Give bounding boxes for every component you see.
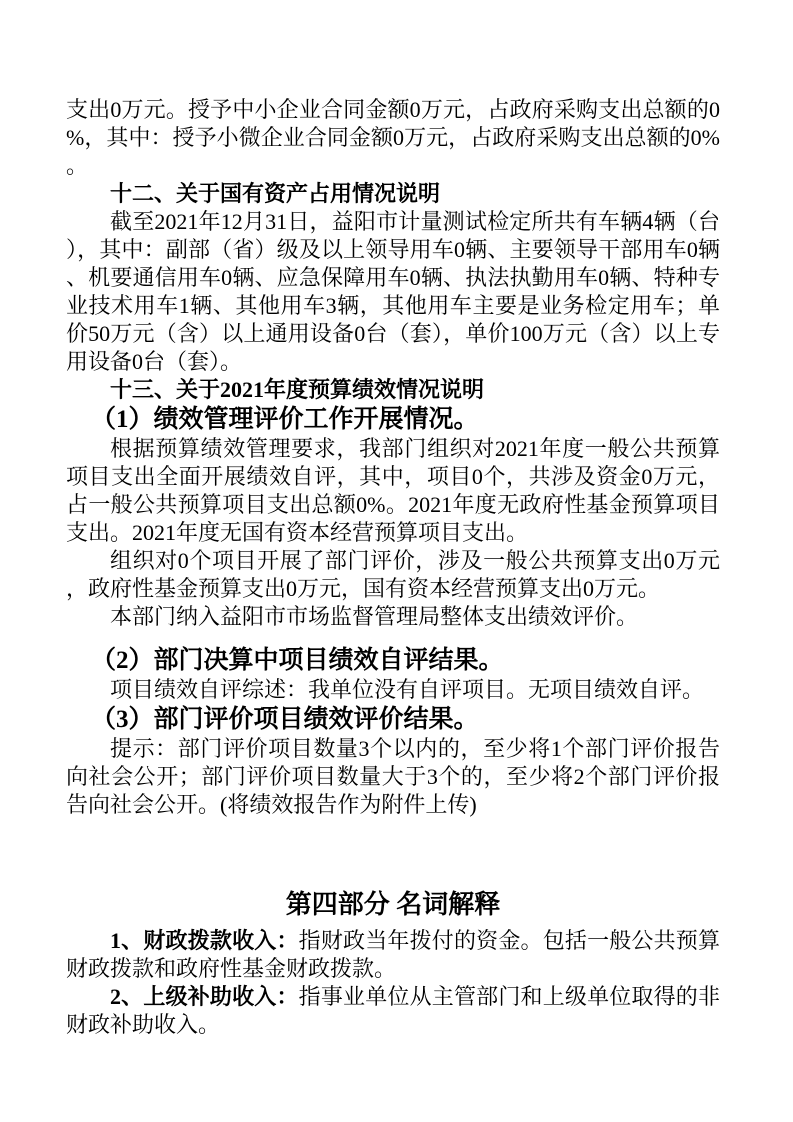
- subheading-2: （2）部门决算中项目绩效自评结果。: [66, 645, 720, 676]
- bold-text-run: （2）部门决算中项目绩效自评结果。: [91, 647, 504, 674]
- para-performance-self-eval: 根据预算绩效管理要求，我部门组织对2021年度一般公共预算项目支出全面开展绩效自…: [66, 435, 720, 547]
- para-self-eval-summary: 项目绩效自评综述：我单位没有自评项目。无项目绩效自评。: [66, 676, 720, 704]
- bold-text-run: （3）部门评价项目绩效评价结果。: [91, 706, 479, 733]
- text-run: 本部门纳入益阳市市场监督管理局整体支出绩效评价。: [110, 604, 638, 629]
- text-run: 根据预算绩效管理要求，我部门组织对2021年度一般公共预算项目支出全面开展绩效自…: [66, 436, 720, 545]
- bold-text-run: （1）绩效管理评价工作开展情况。: [91, 406, 479, 433]
- heading-section-13: 十三、关于2021年度预算绩效情况说明: [66, 376, 720, 404]
- text-run: 项目绩效自评综述：我单位没有自评项目。无项目绩效自评。: [110, 677, 704, 702]
- text-run: 提示：部门评价项目数量3个以内的，至少将1个部门评价报告向社会公开；部门评价项目…: [66, 736, 720, 817]
- document-body: 支出0万元。授予中小企业合同金额0万元，占政府采购支出总额的0%，其中：授予小微…: [0, 0, 793, 1039]
- para-tip-disclosure: 提示：部门评价项目数量3个以内的，至少将1个部门评价报告向社会公开；部门评价项目…: [66, 735, 720, 819]
- bold-text-run: 第四部分 名词解释: [286, 890, 501, 919]
- bold-text-run: 十二、关于国有资产占用情况说明: [110, 181, 440, 206]
- subheading-1: （1）绩效管理评价工作开展情况。: [66, 404, 720, 435]
- term-1-fiscal-appropriation: 1、财政拨款收入：指财政当年拨付的资金。包括一般公共预算财政拨款和政府性基金财政…: [66, 927, 720, 983]
- document-page: 支出0万元。授予中小企业合同金额0万元，占政府采购支出总额的0%，其中：授予小微…: [0, 0, 793, 1122]
- subheading-3: （3）部门评价项目绩效评价结果。: [66, 704, 720, 735]
- para-procurement-continued: 支出0万元。授予中小企业合同金额0万元，占政府采购支出总额的0%，其中：授予小微…: [66, 96, 720, 180]
- bold-text-run: 1、财政拨款收入：: [110, 928, 299, 953]
- para-state-assets: 截至2021年12月31日，益阳市计量测试检定所共有车辆4辆（台），其中：副部（…: [66, 208, 720, 376]
- text-run: 支出0万元。授予中小企业合同金额0万元，占政府采购支出总额的0%，其中：授予小微…: [66, 97, 720, 178]
- term-2-superior-subsidy: 2、上级补助收入：指事业单位从主管部门和上级单位取得的非财政补助收入。: [66, 983, 720, 1039]
- text-run: 截至2021年12月31日，益阳市计量测试检定所共有车辆4辆（台），其中：副部（…: [66, 209, 720, 374]
- bold-text-run: 十三、关于2021年度预算绩效情况说明: [110, 377, 484, 402]
- para-overall-eval: 本部门纳入益阳市市场监督管理局整体支出绩效评价。: [66, 603, 720, 631]
- para-department-eval: 组织对0个项目开展了部门评价，涉及一般公共预算支出0万元，政府性基金预算支出0万…: [66, 547, 720, 603]
- bold-text-run: 2、上级补助收入：: [110, 984, 299, 1009]
- section-title-part4: 第四部分 名词解释: [66, 889, 720, 921]
- text-run: 组织对0个项目开展了部门评价，涉及一般公共预算支出0万元，政府性基金预算支出0万…: [66, 548, 720, 601]
- heading-section-12: 十二、关于国有资产占用情况说明: [66, 180, 720, 208]
